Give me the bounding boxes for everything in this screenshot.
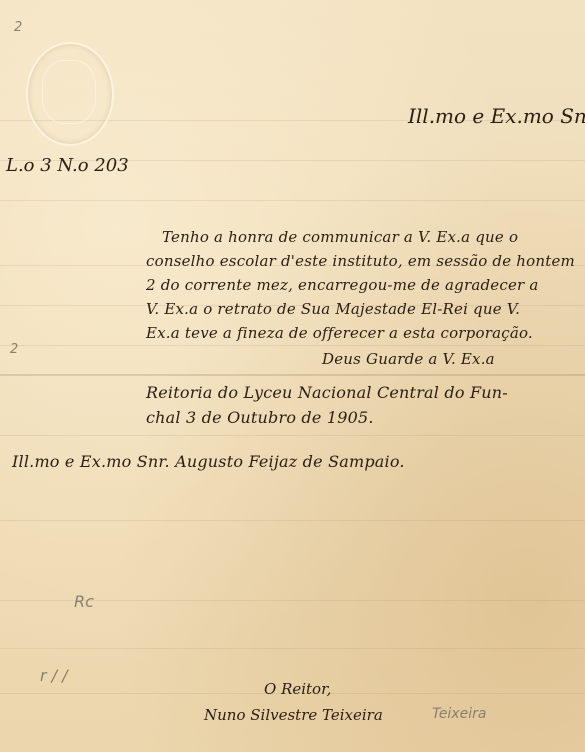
ruled-line [0, 200, 585, 201]
pencil-note: r / / [40, 666, 68, 685]
body-line-1: Tenho a honra de communicar a V. Ex.a qu… [162, 228, 518, 246]
pencil-signature: Teixeira [432, 706, 486, 722]
place-date-line-1: Reitoria do Lyceu Nacional Central do Fu… [146, 383, 508, 402]
embossed-seal-icon [26, 42, 114, 146]
signature: Nuno Silvestre Teixeira [204, 706, 383, 724]
place-date-line-2: chal 3 de Outubro de 1905. [146, 408, 374, 427]
reference-number: L.o 3 N.o 203 [6, 155, 129, 176]
body-line-2: conselho escolar d'este instituto, em se… [146, 252, 575, 270]
paper-fold [0, 374, 585, 376]
corner-mark: 2 [14, 20, 22, 35]
ruled-line [0, 345, 585, 346]
pencil-note: Rc [74, 592, 94, 611]
ruled-line [0, 648, 585, 649]
body-line-5: Ex.a teve a fineza de offerecer a esta c… [146, 324, 533, 342]
addressee: Ill.mo e Ex.mo Snr. Augusto Feijaz de Sa… [12, 452, 405, 471]
body-line-4: V. Ex.a o retrato de Sua Majestade El-Re… [146, 300, 520, 318]
letter-page: 2 2 Ill.mo e Ex.mo Snr L.o 3 N.o 203 Ten… [0, 0, 585, 752]
ruled-line [0, 520, 585, 521]
body-line-3: 2 do corrente mez, encarregou-me de agra… [146, 276, 539, 294]
closing: Deus Guarde a V. Ex.a [322, 350, 495, 368]
ruled-line [0, 435, 585, 436]
margin-mark: 2 [10, 342, 18, 357]
salutation: Ill.mo e Ex.mo Snr [408, 104, 585, 128]
signature-title: O Reitor, [264, 680, 331, 698]
